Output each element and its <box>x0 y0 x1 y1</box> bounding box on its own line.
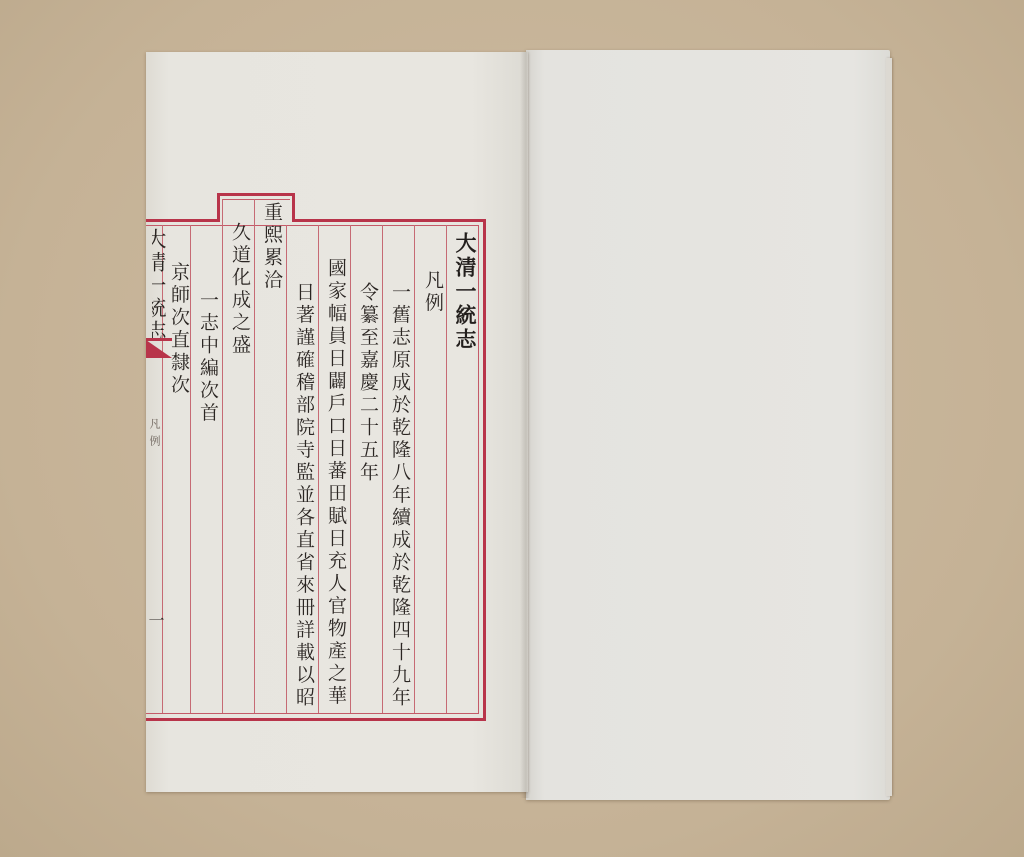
section-heading-fanli: 凡例 <box>420 270 447 315</box>
text-column-3: 國家幅員日闢戶口日蕃田賦日充人官物產之華 <box>323 258 350 708</box>
book-title-heading: 大清一統志 <box>450 232 480 352</box>
fold-margin-page-number: 一 <box>144 612 167 632</box>
text-column-2: 令纂至嘉慶二十五年 <box>355 282 382 485</box>
book-spine-shadow <box>520 52 530 798</box>
text-column-7: 一志中編次首 <box>195 290 222 425</box>
right-page-edge <box>886 58 892 796</box>
text-column-4: 日著謹確稽部院寺監並各直省來冊詳載以昭 <box>291 282 318 710</box>
right-page-blank <box>526 50 890 800</box>
fold-margin-section: 凡例 <box>146 418 162 452</box>
text-column-5-raised: 重熙累洽 <box>259 202 286 292</box>
fishtail-ornament-top <box>146 338 172 341</box>
text-column-8: 京師次直隸次 <box>166 262 193 397</box>
text-column-1: 一舊志原成於乾隆八年續成於乾隆四十九年 <box>387 282 414 710</box>
text-column-6-raised: 久道化成之盛 <box>227 222 254 357</box>
